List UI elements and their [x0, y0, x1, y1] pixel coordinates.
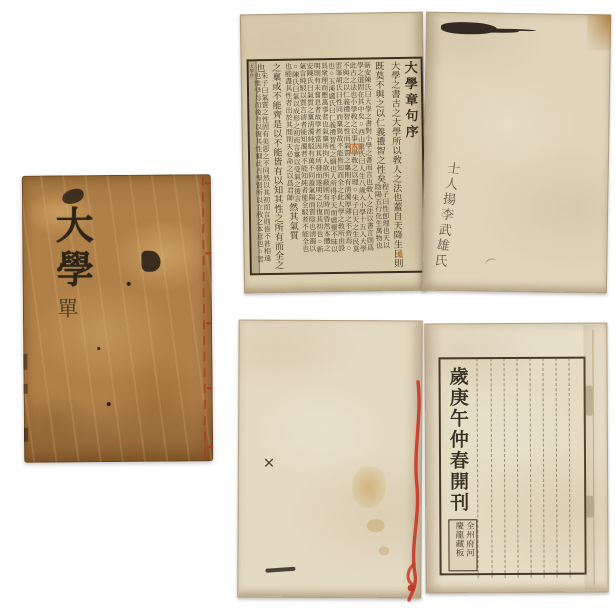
- ruled-line: [490, 358, 492, 578]
- vermilion-reading-mark: 明: [350, 144, 362, 154]
- photograph-of-antique-books: 大學 單 大學章句序 大學之書古之大學所以敎人之法也蓋自天降生民則 既莫不與之以…: [0, 0, 616, 616]
- edge-wear: [24, 428, 28, 442]
- page-edge-strip: [583, 326, 603, 590]
- bottom-spread-colophon-page: 歲庚午仲春開刊 全州府河慶龍藏板: [424, 323, 608, 594]
- ruled-line: [516, 358, 518, 578]
- book-cover: 大學 單: [22, 174, 213, 463]
- woodblock-text-frame: 大學章句序 大學之書古之大學所以敎人之法也蓋自天降生民則 既莫不與之以仁義禮智之…: [247, 57, 426, 276]
- water-stain: [367, 519, 385, 532]
- page-number: 一: [253, 254, 260, 259]
- cartouche-column: 慶龍藏板: [454, 521, 465, 569]
- main-text: 然其氣質: [288, 202, 299, 240]
- bottom-spread-blank-page: [237, 320, 422, 599]
- cover-title-calligraphy: 大學: [49, 205, 92, 293]
- ruled-line: [476, 358, 478, 578]
- fold-title: 大學序: [250, 64, 255, 78]
- ruled-line: [542, 358, 544, 578]
- colophon-text: 歲庚午仲春開刊: [446, 366, 470, 526]
- stitch-tick: [206, 322, 212, 324]
- owner-inscription: 士人揚李武雄氏: [428, 160, 464, 283]
- publisher-cartouche: 全州府河慶龍藏板: [448, 519, 477, 571]
- corner-stain: [587, 14, 612, 50]
- edge-wear: [24, 384, 28, 394]
- top-spread-printed-page: 大學章句序 大學之書古之大學所以敎人之法也蓋自天降生民則 既莫不與之以仁義禮智之…: [240, 12, 427, 294]
- colophon-frame: 歲庚午仲春開刊 全州府河慶龍藏板: [438, 357, 586, 576]
- top-spread-blank-page: 士人揚李武雄氏: [422, 12, 611, 294]
- interlinear-notes: 程子曰性卽理也天以陰陽五行化生萬物也: [374, 183, 389, 249]
- ruled-line: [555, 358, 557, 578]
- volume-mark: 單: [52, 297, 82, 318]
- stitch-tick: [207, 387, 213, 389]
- ruled-line: [529, 358, 531, 578]
- note-sub-column: 也能盡其性者出於其閒則天必命之以爲君師: [284, 63, 293, 203]
- faint-brush-mark: [484, 257, 499, 270]
- ink-streak: [265, 567, 295, 573]
- edge-wear: [23, 354, 27, 370]
- stitch-tick: [205, 182, 211, 184]
- water-stain: [378, 546, 389, 555]
- stitch-tick: [207, 446, 213, 448]
- cartouche-column: 全州府河: [465, 521, 476, 569]
- ink-dot: [97, 347, 100, 350]
- ruled-line: [568, 358, 570, 578]
- water-stain: [352, 466, 386, 508]
- ink-dot: [127, 282, 131, 286]
- ink-smudge: [441, 22, 497, 35]
- ink-dot: [107, 402, 111, 406]
- bleedthrough-mark: [586, 496, 593, 518]
- main-text: 既莫不與之以仁義禮智之性矣: [374, 61, 386, 183]
- edge-line: [592, 330, 594, 586]
- ink-smudge: [141, 251, 160, 272]
- interlinear-notes: ○陳氏曰氣以成形之初而言稟以受氣之後言也能盡其性者出於其閒則天必命之以爲君師: [284, 63, 301, 203]
- stitch-tick: [205, 252, 211, 254]
- text-column-title: 大學章句序: [402, 61, 422, 269]
- note-sub-column: 陰陽五行化生萬物也: [374, 183, 382, 249]
- bleedthrough-mark: [586, 386, 593, 416]
- vermilion-dot: [398, 251, 403, 258]
- ink-mark: [265, 459, 273, 467]
- text-column-note-then-main: ○陳氏曰氣以成形之初而言稟以受氣之後言也能盡其性者出於其閒則天必命之以爲君師然其…: [283, 63, 302, 271]
- ruled-line: [503, 358, 505, 578]
